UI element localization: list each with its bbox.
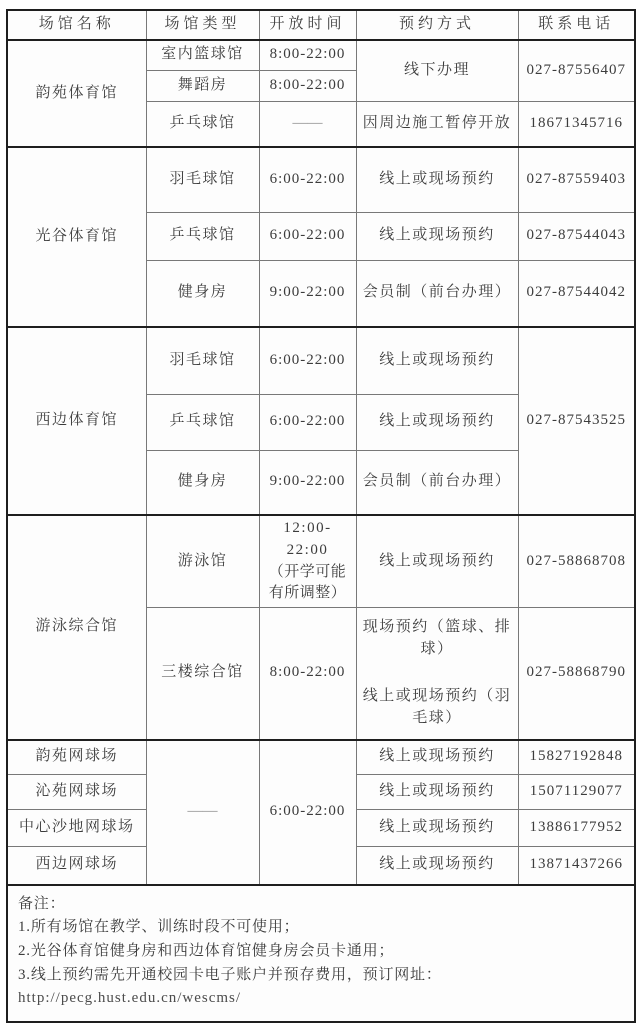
open-time-cell: 9:00-22:00 bbox=[259, 260, 356, 327]
header-venue-name: 场馆名称 bbox=[7, 10, 146, 40]
open-time-cell: 12:00-22:00 （开学可能有所调整） bbox=[259, 515, 356, 608]
booking-method-line: 现场预约（篮球、排球） bbox=[361, 617, 514, 661]
table-row: 光谷体育馆 羽毛球馆 6:00-22:00 线上或现场预约 027-875594… bbox=[7, 147, 635, 212]
open-time-cell: 8:00-22:00 bbox=[259, 608, 356, 740]
notes-title: 备注： bbox=[18, 893, 622, 917]
venue-type-cell: 羽毛球馆 bbox=[146, 147, 259, 212]
notes: 备注： 1.所有场馆在教学、训练时段不可使用； 2.光谷体育馆健身房和西边体育馆… bbox=[7, 885, 635, 1022]
phone-cell: 027-87556407 bbox=[518, 40, 635, 101]
venue-type-cell: 健身房 bbox=[146, 260, 259, 327]
venue-name-cell: 光谷体育馆 bbox=[7, 147, 146, 327]
venue-type-cell: 室内篮球馆 bbox=[146, 40, 259, 70]
venue-type-cell: 健身房 bbox=[146, 450, 259, 515]
venue-type-cell: —— bbox=[146, 740, 259, 885]
venue-name-cell: 中心沙地网球场 bbox=[7, 810, 146, 847]
open-time-cell: 6:00-22:00 bbox=[259, 327, 356, 394]
phone-cell: 027-87543525 bbox=[518, 327, 635, 515]
venue-name-cell: 游泳综合馆 bbox=[7, 515, 146, 740]
venue-type-cell: 乒乓球馆 bbox=[146, 212, 259, 260]
open-time-cell: 9:00-22:00 bbox=[259, 450, 356, 515]
open-time-value: 12:00-22:00 bbox=[264, 518, 352, 562]
phone-cell: 027-58868790 bbox=[518, 608, 635, 740]
open-time-cell: 6:00-22:00 bbox=[259, 394, 356, 450]
phone-cell: 027-87559403 bbox=[518, 147, 635, 212]
booking-method-line: 线上或现场预约（羽毛球） bbox=[361, 686, 514, 730]
booking-method-cell: 线下办理 bbox=[356, 40, 518, 101]
table-row: 游泳综合馆 游泳馆 12:00-22:00 （开学可能有所调整） 线上或现场预约… bbox=[7, 515, 635, 608]
notes-line: 1.所有场馆在教学、训练时段不可使用； bbox=[18, 916, 622, 940]
open-time-cell: 6:00-22:00 bbox=[259, 212, 356, 260]
notes-line: 2.光谷体育馆健身房和西边体育馆健身房会员卡通用； bbox=[18, 940, 622, 964]
open-time-cell: 8:00-22:00 bbox=[259, 40, 356, 70]
booking-method-cell: 线上或现场预约 bbox=[356, 740, 518, 775]
booking-method-cell: 线上或现场预约 bbox=[356, 810, 518, 847]
booking-method-cell: 线上或现场预约 bbox=[356, 147, 518, 212]
header-phone: 联系电话 bbox=[518, 10, 635, 40]
phone-cell: 18671345716 bbox=[518, 101, 635, 147]
booking-method-cell: 线上或现场预约 bbox=[356, 515, 518, 608]
venue-table: 场馆名称 场馆类型 开放时间 预约方式 联系电话 韵苑体育馆 室内篮球馆 8:0… bbox=[6, 9, 636, 1023]
spacer bbox=[361, 660, 514, 686]
phone-cell: 027-87544042 bbox=[518, 260, 635, 327]
booking-method-cell: 线上或现场预约 bbox=[356, 775, 518, 810]
booking-method-cell: 线上或现场预约 bbox=[356, 212, 518, 260]
booking-method-cell: 会员制（前台办理） bbox=[356, 450, 518, 515]
table-header-row: 场馆名称 场馆类型 开放时间 预约方式 联系电话 bbox=[7, 10, 635, 40]
phone-cell: 027-87544043 bbox=[518, 212, 635, 260]
venue-name-cell: 韵苑体育馆 bbox=[7, 40, 146, 147]
notes-line: 3.线上预约需先开通校园卡电子账户并预存费用，预订网址： bbox=[18, 964, 622, 988]
phone-cell: 027-58868708 bbox=[518, 515, 635, 608]
table-row: 韵苑网球场 —— 6:00-22:00 线上或现场预约 15827192848 bbox=[7, 740, 635, 775]
booking-method-cell: 会员制（前台办理） bbox=[356, 260, 518, 327]
venue-type-cell: 乒乓球馆 bbox=[146, 101, 259, 147]
booking-method-cell: 因周边施工暂停开放 bbox=[356, 101, 518, 147]
table-row: 韵苑体育馆 室内篮球馆 8:00-22:00 线下办理 027-87556407 bbox=[7, 40, 635, 70]
header-booking-method: 预约方式 bbox=[356, 10, 518, 40]
header-venue-type: 场馆类型 bbox=[146, 10, 259, 40]
booking-method-cell: 线上或现场预约 bbox=[356, 394, 518, 450]
phone-cell: 15071129077 bbox=[518, 775, 635, 810]
phone-cell: 13871437266 bbox=[518, 847, 635, 885]
notes-row: 备注： 1.所有场馆在教学、训练时段不可使用； 2.光谷体育馆健身房和西边体育馆… bbox=[7, 885, 635, 1022]
open-time-cell: 6:00-22:00 bbox=[259, 147, 356, 212]
venue-type-cell: 羽毛球馆 bbox=[146, 327, 259, 394]
venue-type-cell: 舞蹈房 bbox=[146, 70, 259, 101]
phone-cell: 15827192848 bbox=[518, 740, 635, 775]
venue-name-cell: 沁苑网球场 bbox=[7, 775, 146, 810]
venue-type-cell: 三楼综合馆 bbox=[146, 608, 259, 740]
booking-method-cell: 线上或现场预约 bbox=[356, 327, 518, 394]
booking-method-cell: 现场预约（篮球、排球） 线上或现场预约（羽毛球） bbox=[356, 608, 518, 740]
booking-method-cell: 线上或现场预约 bbox=[356, 847, 518, 885]
open-time-cell: 8:00-22:00 bbox=[259, 70, 356, 101]
table-row: 西边体育馆 羽毛球馆 6:00-22:00 线上或现场预约 027-875435… bbox=[7, 327, 635, 394]
venue-type-cell: 乒乓球馆 bbox=[146, 394, 259, 450]
phone-cell: 13886177952 bbox=[518, 810, 635, 847]
booking-url: http://pecg.hust.edu.cn/wescms/ bbox=[18, 987, 622, 1011]
venue-name-cell: 西边网球场 bbox=[7, 847, 146, 885]
document-page: 场馆名称 场馆类型 开放时间 预约方式 联系电话 韵苑体育馆 室内篮球馆 8:0… bbox=[0, 0, 640, 1031]
venue-name-cell: 韵苑网球场 bbox=[7, 740, 146, 775]
open-time-cell: 6:00-22:00 bbox=[259, 740, 356, 885]
open-time-cell: —— bbox=[259, 101, 356, 147]
venue-type-cell: 游泳馆 bbox=[146, 515, 259, 608]
open-time-note: （开学可能有所调整） bbox=[264, 562, 352, 606]
venue-name-cell: 西边体育馆 bbox=[7, 327, 146, 515]
header-open-time: 开放时间 bbox=[259, 10, 356, 40]
